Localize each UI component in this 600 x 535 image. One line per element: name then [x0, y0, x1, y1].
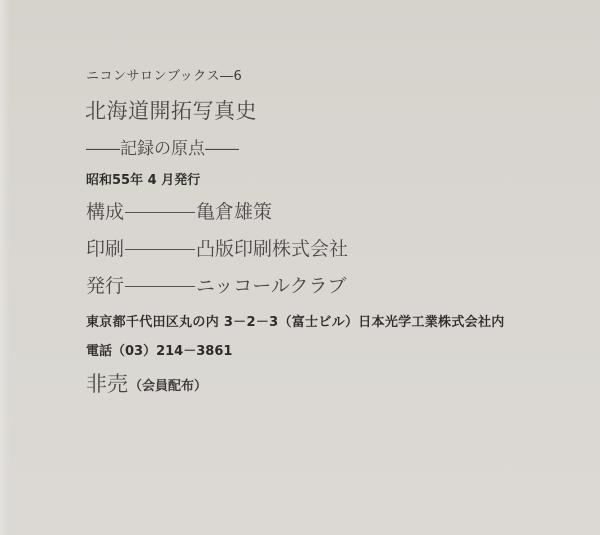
publication-date: 昭和55年 4 月発行 [86, 174, 200, 187]
distribution-note: （会員配布） [129, 380, 207, 395]
series-label: ニコンサロンブックス―6 [86, 70, 242, 83]
book-subtitle: ――記録の原点―― [86, 141, 239, 158]
credit-role: 構成 [86, 203, 124, 222]
credit-publisher: 発行 ニッコールクラブ [86, 277, 347, 296]
credit-name: 亀倉雄策 [196, 203, 272, 222]
not-for-sale-label: 非売 [86, 374, 128, 395]
credit-dash [125, 249, 195, 250]
credit-name: ニッコールクラブ [196, 277, 346, 296]
credit-dash [125, 212, 195, 213]
page-edge [0, 0, 10, 535]
credit-name: 凸版印刷株式会社 [196, 240, 348, 259]
credit-printing: 印刷 凸版印刷株式会社 [86, 240, 348, 259]
book-title: 北海道開拓写真史 [85, 101, 257, 122]
credit-composition: 構成 亀倉雄策 [86, 203, 272, 222]
credit-dash [125, 286, 195, 287]
publisher-address: 東京都千代田区丸の内 3－2－3（富士ビル）日本光学工業株式会社内 [86, 316, 505, 329]
credit-role: 印刷 [86, 240, 124, 259]
credit-role: 発行 [86, 277, 124, 296]
publisher-phone: 電話（03）214－3861 [86, 345, 232, 358]
not-for-sale: 非売 （会員配布） [86, 374, 207, 395]
